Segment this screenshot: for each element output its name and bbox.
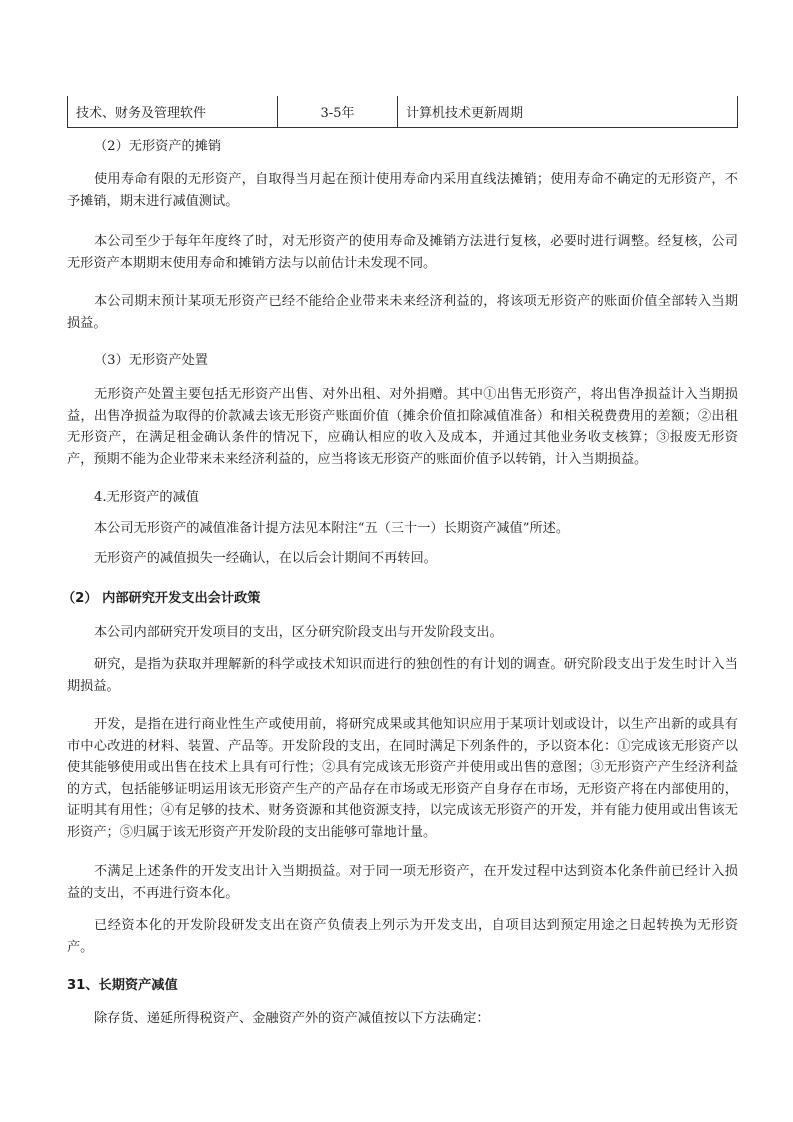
amortization-heading: （2）无形资产的摊销 [94, 137, 221, 157]
amortization-term-table: 技术、财务及管理软件 3-5年 计算机技术更新周期 [67, 96, 738, 128]
amortization-paragraph-3: 本公司期末预计某项无形资产已经不能给企业带来未来经济利益的，将该项无形资产的账面… [67, 291, 738, 334]
amortization-paragraph-2: 本公司至少于每年年度终了时，对无形资产的使用寿命及摊销方法进行复核，必要时进行调… [67, 231, 738, 274]
impairment-paragraph-2: 无形资产的减值损失一经确认，在以后会计期间不再转回。 [94, 549, 437, 569]
rnd-heading: （2） 内部研究开发支出会计政策 [62, 587, 260, 606]
rnd-paragraph-3: 开发，是指在进行商业性生产或使用前，将研究成果或其他知识应用于某项计划或设计，以… [67, 714, 738, 843]
table-cell-basis: 计算机技术更新周期 [398, 96, 738, 128]
disposal-paragraph: 无形资产处置主要包括无形资产出售、对外出租、对外捐赠。其中①出售无形资产，将出售… [67, 384, 738, 470]
table-cell-term: 3-5年 [278, 96, 398, 128]
table-cell-category: 技术、财务及管理软件 [68, 96, 278, 128]
rnd-paragraph-2: 研究，是指为获取并理解新的科学或技术知识而进行的独创性的有计划的调查。研究阶段支… [67, 654, 738, 697]
rnd-paragraph-5: 已经资本化的开发阶段研发支出在资产负债表上列示为开发支出，自项目达到预定用途之日… [67, 915, 738, 958]
impairment-paragraph-1: 本公司无形资产的减值准备计提方法见本附注“五（三十一）长期资产减值”所述。 [94, 519, 569, 539]
impairment-heading: 4.无形资产的减值 [94, 488, 199, 508]
amortization-paragraph-1: 使用寿命有限的无形资产，自取得当月起在预计使用寿命内采用直线法摊销；使用寿命不确… [67, 169, 738, 212]
table-row: 技术、财务及管理软件 3-5年 计算机技术更新周期 [68, 96, 738, 128]
rnd-paragraph-1: 本公司内部研究开发项目的支出，区分研究阶段支出与开发阶段支出。 [67, 622, 738, 644]
document-page: 技术、财务及管理软件 3-5年 计算机技术更新周期 （2）无形资产的摊销 使用寿… [0, 0, 793, 1122]
section-31-paragraph: 除存货、递延所得税资产、金融资产外的资产减值按以下方法确定： [67, 1008, 738, 1030]
section-31-heading: 31、长期资产减值 [67, 974, 178, 993]
disposal-heading: （3）无形资产处置 [94, 351, 208, 371]
rnd-paragraph-4: 不满足上述条件的开发支出计入当期损益。对于同一项无形资产，在开发过程中达到资本化… [67, 861, 738, 904]
